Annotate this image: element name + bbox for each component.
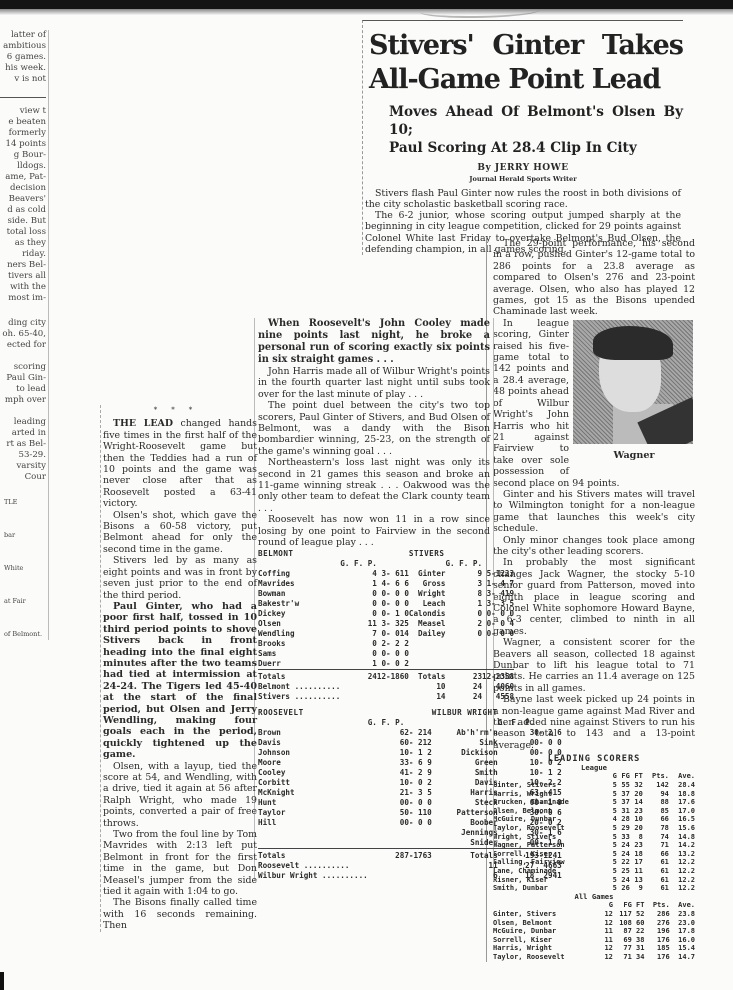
score-by-period-row: Roosevelt ..........11274663: [258, 861, 562, 871]
fragment-line: e beaten: [0, 117, 46, 128]
player-row: Olsen113- 325 Measel20- 04: [258, 619, 514, 629]
fragment-line: Cour: [0, 472, 46, 483]
notes-paragraph: Roosevelt has now won 11 in a row since …: [258, 514, 490, 548]
fragment-line: as they: [0, 238, 46, 249]
totals-row: Totals287-1763 Totals193-1241: [258, 848, 562, 861]
player-row: Mavrides14- 66 Gross31- 47: [258, 579, 514, 589]
fragment-line: at Fair: [4, 596, 46, 607]
headline: Stivers' Ginter Takes All-Game Point Lea…: [369, 29, 683, 97]
player-photo: Wagner: [573, 320, 695, 468]
article-paragraph: Ginter and his Stivers mates will travel…: [493, 489, 695, 535]
photo-caption: Wagner: [573, 450, 695, 461]
scorer-row: Ginter, Stivers121175228623.8: [493, 910, 695, 919]
player-row: Taylor50- 110 Patterson30- 06: [258, 808, 562, 818]
player-row: Bowman00- 00 Wright83- 419: [258, 589, 514, 599]
divider-rule: [0, 87, 46, 98]
fragment-line: total loss: [0, 227, 46, 238]
story-paragraph: Stivers led by as many as eight points a…: [103, 555, 257, 601]
fragment-line: most im-: [0, 293, 46, 304]
headline-clipping: Stivers' Ginter Takes All-Game Point Lea…: [362, 20, 683, 255]
player-row: Coffing43- 611 Ginter95-1223: [258, 569, 514, 579]
scan-bottom-edge: [0, 972, 4, 990]
scorer-row: McGuire, Dunbar11872219617.8: [493, 927, 695, 936]
fragment-line: lldogs.: [0, 161, 46, 172]
fragment-block-a: latter ofambitious6 games.his week.v is …: [0, 30, 46, 85]
handwritten-annotation: [420, 4, 540, 18]
all-games-label: All Games: [493, 893, 695, 902]
fragment-line: his week.: [0, 63, 46, 74]
box-score-belmont-stivers: BELMONTSTIVERSG. F. P.G. F. P.Coffing43-…: [258, 549, 490, 702]
player-row: Dickey00- 10 Calondis00- 00: [258, 609, 514, 619]
fragment-line: TLE: [4, 497, 46, 508]
fragment-line: tivers all: [0, 271, 46, 282]
byline-role: Journal Herald Sports Writer: [363, 174, 683, 185]
scorer-row: Taylor, Roosevelt12713417614.7: [493, 953, 695, 962]
fragment-line: oh. 65-40,: [0, 329, 46, 340]
fragment-line: Beavers': [0, 194, 46, 205]
fragment-small-print: TLEbarWhiteat Fairof Belmont.: [0, 497, 46, 640]
article-paragraph: In probably the most significant changes…: [493, 557, 695, 637]
article-paragraph: The 29-point performance, his second in …: [493, 238, 695, 318]
notes-paragraph: Northeastern's loss last night was only …: [258, 457, 490, 514]
box-score-roosevelt-wilbur-wright: ROOSEVELTWILBUR WRIGHTG. F. P.G. F. P.Br…: [258, 708, 490, 881]
player-row: Cooley41- 29 Smith10- 12: [258, 768, 562, 778]
notes-column: When Roosevelt's John Cooley made nine p…: [254, 318, 494, 881]
player-row: Jennings30- 16: [258, 828, 562, 838]
subheadline-2: Paul Scoring At 28.4 Clip In City: [389, 139, 683, 157]
fragment-line: 14 points: [0, 139, 46, 150]
story-paragraph: Olsen, with a layup, tied the score at 5…: [103, 761, 257, 829]
player-row: Hunt00- 00 Steck00- 10: [258, 798, 562, 808]
player-row: Sams00- 00: [258, 649, 514, 659]
score-by-period-row: Wilbur Wright ..........6182941: [258, 871, 562, 881]
fragment-line: leading: [0, 417, 46, 428]
fragment-line: Paul Gin-: [0, 373, 46, 384]
fragment-line: side. But: [0, 216, 46, 227]
fragment-line: White: [4, 563, 46, 574]
subheadline-1: Moves Ahead Of Belmont's Olsen By 10;: [389, 103, 683, 139]
fragment-line: view t: [0, 106, 46, 117]
game-story-column: *** THE LEAD changed hands five times in…: [100, 405, 257, 932]
notes-lead: When Roosevelt's John Cooley made nine p…: [258, 318, 490, 366]
fragment-line: ding city: [0, 318, 46, 329]
fragment-line: decision: [0, 183, 46, 194]
article-paragraph: Only minor changes took place among the …: [493, 535, 695, 558]
fragment-line: [0, 351, 46, 362]
fragment-line: bar: [4, 530, 46, 541]
fragment-line: formerly: [0, 128, 46, 139]
fragment-line: g Bour-: [0, 150, 46, 161]
portrait-image: [573, 320, 693, 444]
scorer-row: Harris, Wright12773118515.4: [493, 944, 695, 953]
player-row: Brooks02- 22: [258, 639, 514, 649]
notes-paragraph: The point duel between the city's two to…: [258, 400, 490, 457]
player-row: Moore33- 69 Green10- 02: [258, 758, 562, 768]
story-paragraph: changed hands five times in the first ha…: [103, 418, 257, 509]
section-stars: ***: [103, 405, 257, 416]
fragment-line: ners Bel-: [0, 260, 46, 271]
story-paragraph: Olsen's shot, which gave the Bisons a 60…: [103, 510, 257, 556]
player-row: Brown62- 214 Ab'h'rm'n30- 26: [258, 728, 562, 738]
player-row: Corbitt10- 02 Davis10- 22: [258, 778, 562, 788]
fragment-block-b: view te beatenformerly14 pointsg Bour-ll…: [0, 106, 46, 304]
fragment-line: riday.: [0, 249, 46, 260]
fragment-line: v is not: [0, 74, 46, 85]
fragment-line: rt as Bel-: [0, 439, 46, 450]
adjacent-article-fragment: latter ofambitious6 games.his week.v is …: [0, 30, 49, 640]
fragment-line: 6 games.: [0, 52, 46, 63]
player-row: Davis60- 212 Sink00- 00: [258, 738, 562, 748]
all-games-scorers: GFGFTPts.Ave.Ginter, Stivers121175228623…: [493, 901, 695, 961]
score-by-period-row: Belmont ..........10244060: [258, 682, 514, 692]
byline: By JERRY HOWE: [363, 163, 683, 174]
notes-paragraph: John Harris made all of Wilbur Wright's …: [258, 366, 490, 400]
story-paragraph: The Bisons finally called time with 16 s…: [103, 897, 257, 931]
scan-top-edge: [0, 0, 733, 9]
fragment-line: [0, 406, 46, 417]
player-row: Duerr10- 02: [258, 659, 514, 670]
scorer-row: Sorrell, Kiser11693817616.0: [493, 936, 695, 945]
fragment-line: with the: [0, 282, 46, 293]
scorer-row: Olsen, Belmont121086027623.0: [493, 919, 695, 928]
fragment-line: ected for: [0, 340, 46, 351]
fragment-line: arted in: [0, 428, 46, 439]
player-row: McKnight21- 35 Harris63- 415: [258, 788, 562, 798]
fragment-line: ame, Pat-: [0, 172, 46, 183]
lede-paragraph: Stivers flash Paul Ginter now rules the …: [365, 188, 681, 210]
fragment-line: to lead: [0, 384, 46, 395]
totals-row: Totals2412-1860 Totals2312-2358: [258, 669, 514, 682]
player-row: Hill00- 00 Boober20- 02: [258, 818, 562, 828]
story-paragraph: Two from the foul line by Tom Mavrides w…: [103, 829, 257, 897]
fragment-line: mph over: [0, 395, 46, 406]
fragment-line: scoring: [0, 362, 46, 373]
story-paragraph-bold: Paul Ginter, who had a poor first half, …: [103, 601, 257, 761]
fragment-line: 53-29.: [0, 450, 46, 461]
fragment-line: varsity: [0, 461, 46, 472]
fragment-line: of Belmont.: [4, 629, 46, 640]
fragment-block-c: ding cityoh. 65-40,ected for scoringPaul…: [0, 318, 46, 483]
player-row: Bakestr'w00- 00 Leach13- 35: [258, 599, 514, 609]
player-row: Johnson10- 12 Dickison00- 00: [258, 748, 562, 758]
fragment-line: d as cold: [0, 205, 46, 216]
player-row: Snider00- 10: [258, 838, 562, 849]
score-by-period-row: Stivers ..........14244558: [258, 692, 514, 702]
fragment-line: ambitious: [0, 41, 46, 52]
fragment-line: latter of: [0, 30, 46, 41]
player-row: Wendling70- 014 Dailey00- 00: [258, 629, 514, 639]
scan-top-shadow: [0, 9, 733, 15]
lead-word: THE LEAD: [113, 418, 173, 429]
article-paragraph: Wagner, a consistent scorer for the Beav…: [493, 637, 695, 694]
